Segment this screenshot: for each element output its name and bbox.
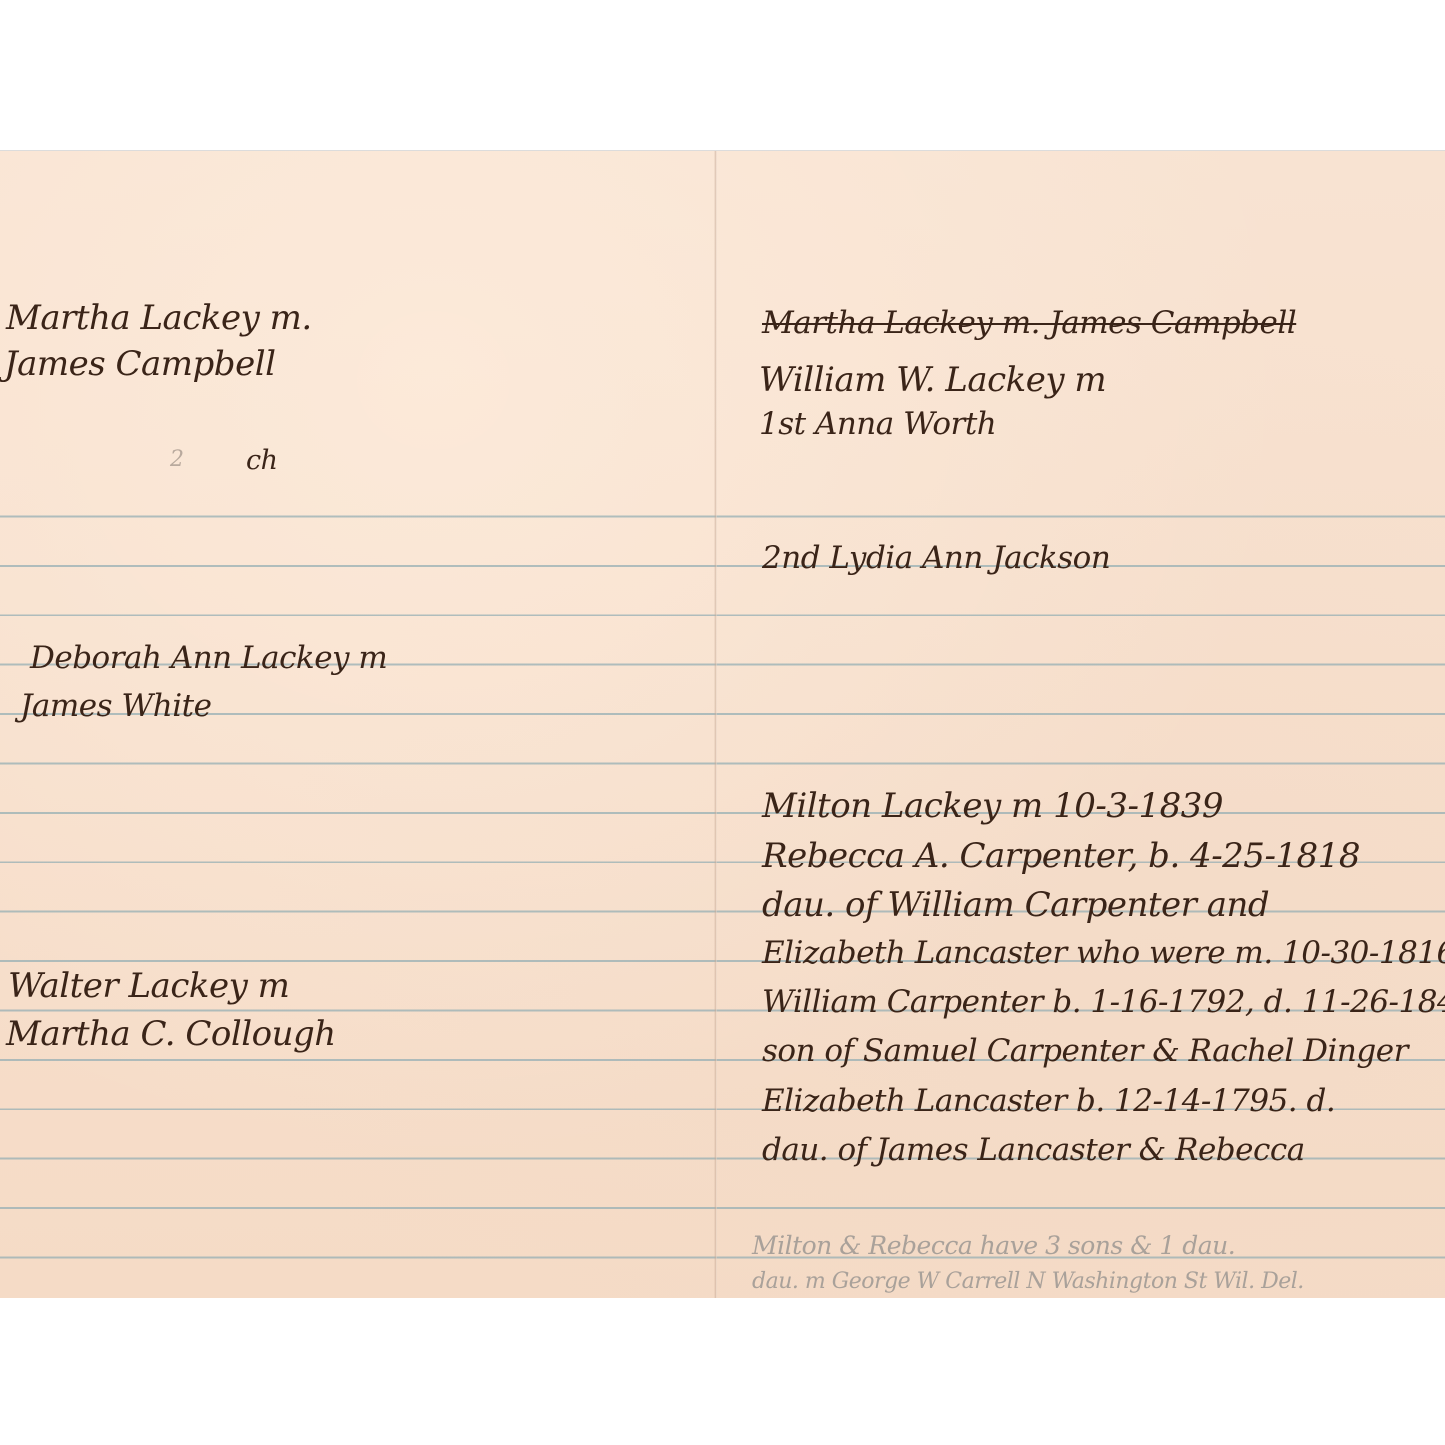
milton-entry-line4: Elizabeth Lancaster who were m. 10-30-18… [762, 938, 1445, 969]
entry-deborah-lackey-line1: Deborah Ann Lackey m [30, 643, 387, 674]
entry-martha-lackey-line2: James Campbell [4, 347, 275, 381]
milton-entry-line7: Elizabeth Lancaster b. 12-14-1795. d. [762, 1086, 1335, 1117]
milton-entry-line1: Milton Lackey m 10-3-1839 [762, 789, 1223, 823]
entry-william-lackey-line1: William W. Lackey m [759, 363, 1106, 397]
pencil-note-line2: dau. m George W Carrell N Washington St … [752, 1271, 1304, 1293]
faint-mark: 2 [170, 449, 184, 471]
entry-walter-lackey-line2: Martha C. Collough [6, 1017, 336, 1051]
entry-william-lackey-line2: 1st Anna Worth [759, 409, 996, 440]
struck-entry: Martha Lackey m. James Campbell [762, 308, 1296, 339]
entry-martha-lackey-line1: Martha Lackey m. [6, 301, 312, 335]
right-page: Martha Lackey m. James Campbell William … [717, 151, 1445, 1298]
milton-entry-line6: son of Samuel Carpenter & Rachel Dinger [762, 1036, 1408, 1067]
pencil-note-line1: Milton & Rebecca have 3 sons & 1 dau. [752, 1233, 1235, 1258]
scan-canvas: Martha Lackey m. James Campbell 2 ch Deb… [0, 0, 1445, 1445]
ink-mark: ch [246, 447, 278, 474]
milton-entry-line5: William Carpenter b. 1-16-1792, d. 11-26… [762, 987, 1445, 1018]
milton-entry-line8: dau. of James Lancaster & Rebecca [762, 1135, 1305, 1166]
entry-william-lackey-line3: 2nd Lydia Ann Jackson [762, 543, 1110, 574]
ruled-paper-sheet: Martha Lackey m. James Campbell 2 ch Deb… [0, 150, 1445, 1298]
milton-entry-line2: Rebecca A. Carpenter, b. 4-25-1818 [762, 839, 1360, 873]
entry-walter-lackey-line1: Walter Lackey m [8, 969, 289, 1003]
entry-deborah-lackey-line2: James White [20, 691, 211, 722]
left-page: Martha Lackey m. James Campbell 2 ch Deb… [0, 151, 714, 1298]
milton-entry-line3: dau. of William Carpenter and [762, 888, 1269, 922]
